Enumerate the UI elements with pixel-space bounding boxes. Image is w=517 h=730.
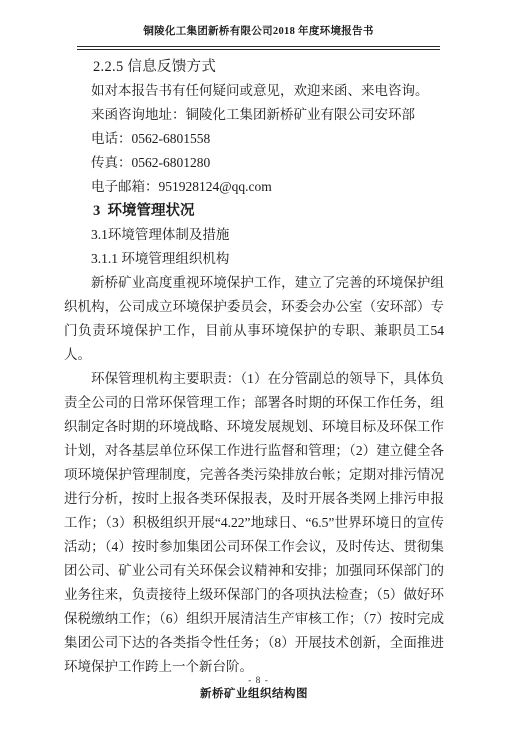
page-header: 铜陵化工集团新桥有限公司2018 年度环境报告书	[77, 23, 440, 50]
fax-line: 传真：0562-6801280	[64, 151, 444, 175]
email-line: 电子邮箱：951928124@qq.com	[64, 175, 444, 199]
org-structure-paragraph: 新桥矿业高度重视环境保护工作，建立了完善的环境保护组织机构，公司成立环境保护委员…	[64, 271, 444, 367]
phone-line: 电话：0562-6801558	[64, 127, 444, 151]
page-footer: - 8 -	[0, 676, 517, 686]
document-body: 2.2.5 信息反馈方式 如对本报告书有任何疑问或意见，欢迎来函、来电咨询。 来…	[64, 55, 444, 706]
page-number: - 8 -	[248, 676, 269, 686]
header-title: 铜陵化工集团新桥有限公司2018 年度环境报告书	[143, 26, 373, 37]
section-heading-3-1-1: 3.1.1 环境管理组织机构	[64, 247, 444, 271]
feedback-intro-paragraph: 如对本报告书有任何疑问或意见，欢迎来函、来电咨询。	[64, 79, 444, 103]
duties-paragraph: 环保管理机构主要职责：（1）在分管副总的领导下，具体负责全公司的日常环保管理工作…	[64, 367, 444, 679]
mail-address-line: 来函咨询地址：铜陵化工集团新桥矿业有限公司安环部	[64, 103, 444, 127]
section-heading-3-1: 3.1环境管理体制及措施	[64, 223, 444, 247]
chapter-heading-3: 3 环境管理状况	[64, 199, 444, 223]
section-heading-2-2-5: 2.2.5 信息反馈方式	[64, 55, 444, 79]
document-page: 铜陵化工集团新桥有限公司2018 年度环境报告书 2.2.5 信息反馈方式 如对…	[0, 0, 517, 730]
